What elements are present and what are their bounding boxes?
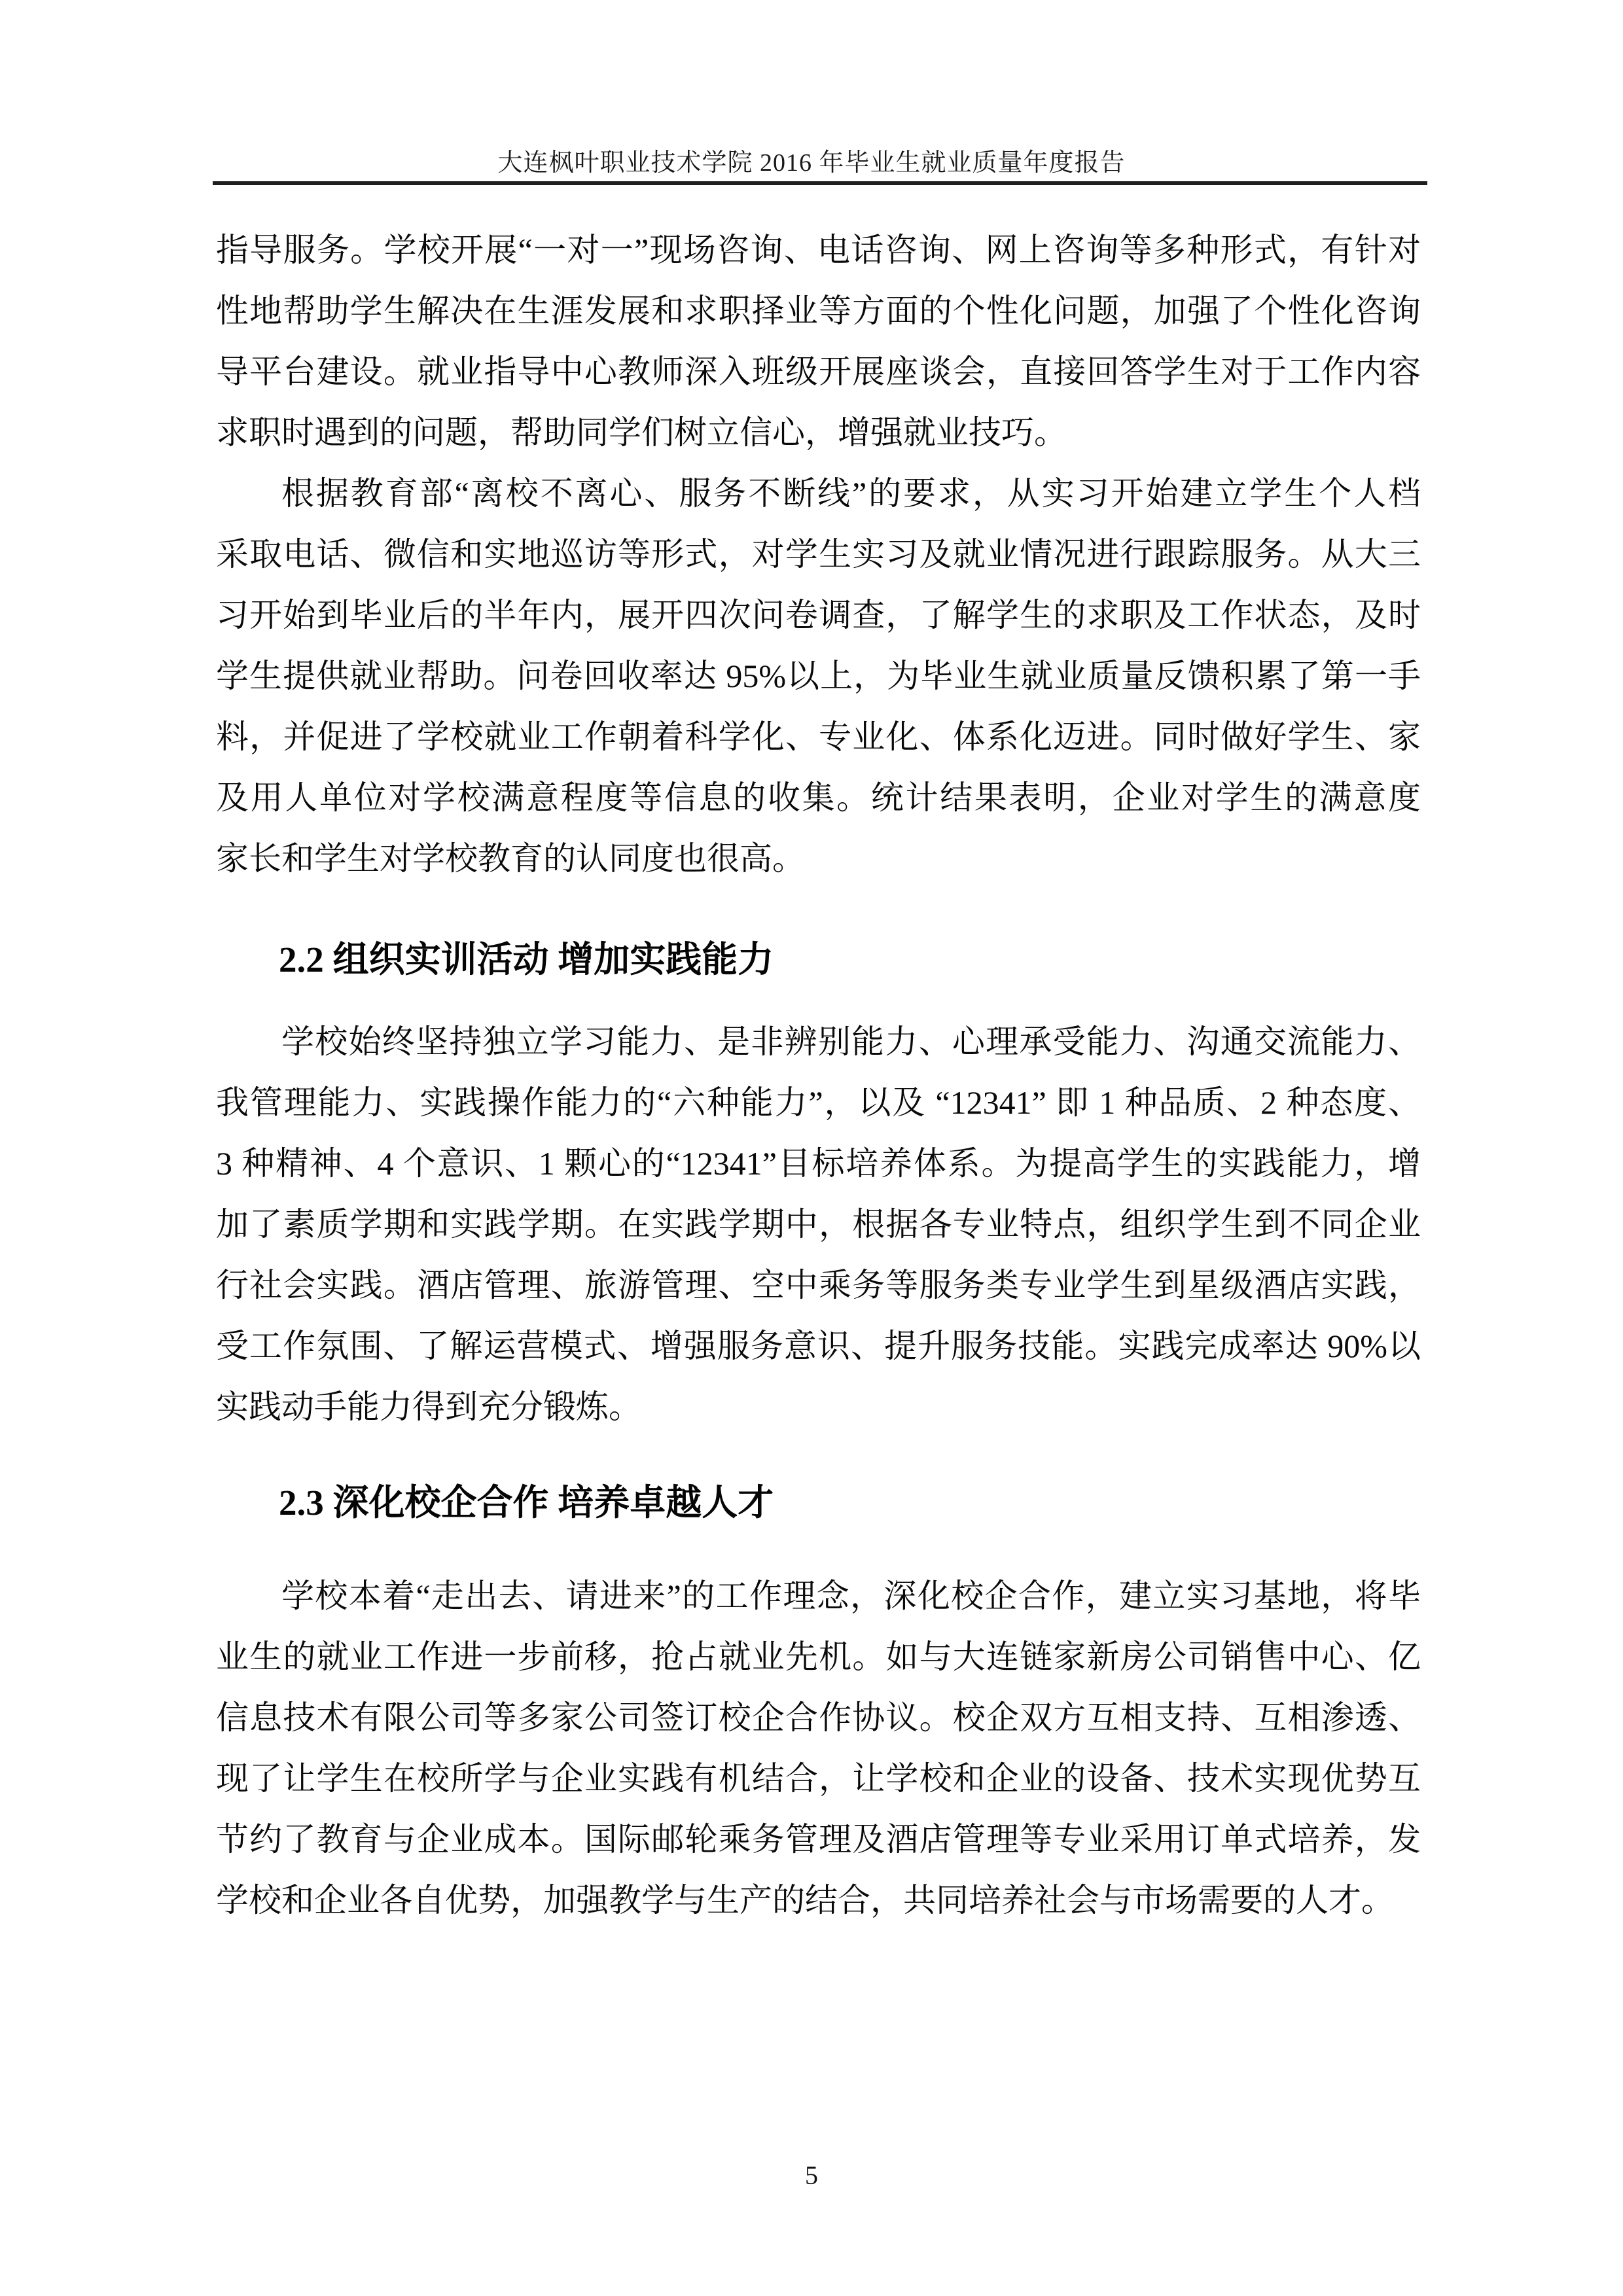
paragraph-3-line: 加了素质学期和实践学期。在实践学期中，根据各专业特点，组织学生到不同企业进 [216, 1194, 1421, 1255]
paragraph-1-line: 导平台建设。就业指导中心教师深入班级开展座谈会，直接回答学生对于工作内容及 [216, 342, 1421, 402]
paragraph-2-line: 采取电话、微信和实地巡访等形式，对学生实习及就业情况进行跟踪服务。从大三实 [216, 524, 1421, 585]
paragraph-2-line: 家长和学生对学校教育的认同度也很高。 [216, 828, 1421, 889]
paragraph-4-line: 学校和企业各自优势，加强教学与生产的结合，共同培养社会与市场需要的人才。 [216, 1870, 1421, 1931]
paragraph-3-line: 3 种精神、4 个意识、1 颗心的“12341”目标培养体系。为提高学生的实践能… [216, 1133, 1421, 1194]
paragraph-2-line: 料，并促进了学校就业工作朝着科学化、专业化、体系化迈进。同时做好学生、家长 [216, 707, 1421, 768]
paragraph-2-line: 根据教育部“离校不离心、服务不断线”的要求，从实习开始建立学生个人档案， [216, 463, 1421, 524]
paragraph-3-line: 学校始终坚持独立学习能力、是非辨别能力、心理承受能力、沟通交流能力、自 [216, 1012, 1421, 1072]
paragraph-2-line: 学生提供就业帮助。问卷回收率达 95%以上，为毕业生就业质量反馈积累了第一手资 [216, 646, 1421, 707]
paragraph-3-line: 受工作氛围、了解运营模式、增强服务意识、提升服务技能。实践完成率达 90%以上， [216, 1316, 1421, 1377]
paragraph-4-line: 信息技术有限公司等多家公司签订校企合作协议。校企双方互相支持、互相渗透、实 [216, 1687, 1421, 1748]
page-header-title: 大连枫叶职业技术学院 2016 年毕业生就业质量年度报告 [0, 148, 1623, 178]
header-rule [213, 181, 1427, 185]
paragraph-4: 学校本着“走出去、请进来”的工作理念，深化校企合作，建立实习基地，将毕 业生的就… [216, 1566, 1421, 1931]
paragraph-1: 指导服务。学校开展“一对一”现场咨询、电话咨询、网上咨询等多种形式，有针对 性地… [216, 220, 1421, 463]
paragraph-1-line: 指导服务。学校开展“一对一”现场咨询、电话咨询、网上咨询等多种形式，有针对 [216, 220, 1421, 281]
section-heading-2-3: 2.3 深化校企合作 培养卓越人才 [216, 1472, 1421, 1533]
paragraph-4-line: 业生的就业工作进一步前移，抢占就业先机。如与大连链家新房公司销售中心、亿达 [216, 1627, 1421, 1687]
paragraph-2-line: 及用人单位对学校满意程度等信息的收集。统计结果表明，企业对学生的满意度高、 [216, 768, 1421, 828]
paragraph-3-line: 实践动手能力得到充分锻炼。 [216, 1377, 1421, 1438]
paragraph-1-line: 求职时遇到的问题，帮助同学们树立信心，增强就业技巧。 [216, 402, 1421, 463]
paragraph-2: 根据教育部“离校不离心、服务不断线”的要求，从实习开始建立学生个人档案， 采取电… [216, 463, 1421, 889]
paragraph-4-line: 现了让学生在校所学与企业实践有机结合，让学校和企业的设备、技术实现优势互补， [216, 1748, 1421, 1809]
paragraph-3-line: 我管理能力、实践操作能力的“六种能力”，以及 “12341” 即 1 种品质、2… [216, 1072, 1421, 1133]
page-number: 5 [0, 2159, 1623, 2192]
paragraph-4-line: 学校本着“走出去、请进来”的工作理念，深化校企合作，建立实习基地，将毕 [216, 1566, 1421, 1627]
section-heading-2-2: 2.2 组织实训活动 增加实践能力 [216, 929, 1421, 990]
paragraph-3: 学校始终坚持独立学习能力、是非辨别能力、心理承受能力、沟通交流能力、自 我管理能… [216, 1012, 1421, 1438]
paragraph-4-line: 节约了教育与企业成本。国际邮轮乘务管理及酒店管理等专业采用订单式培养，发挥 [216, 1809, 1421, 1870]
paragraph-1-line: 性地帮助学生解决在生涯发展和求职择业等方面的个性化问题，加强了个性化咨询辅 [216, 281, 1421, 342]
document-page: 大连枫叶职业技术学院 2016 年毕业生就业质量年度报告 指导服务。学校开展“一… [0, 0, 1623, 2296]
paragraph-3-line: 行社会实践。酒店管理、旅游管理、空中乘务等服务类专业学生到星级酒店实践，感 [216, 1255, 1421, 1316]
paragraph-2-line: 习开始到毕业后的半年内，展开四次问卷调查，了解学生的求职及工作状态，及时为 [216, 585, 1421, 646]
